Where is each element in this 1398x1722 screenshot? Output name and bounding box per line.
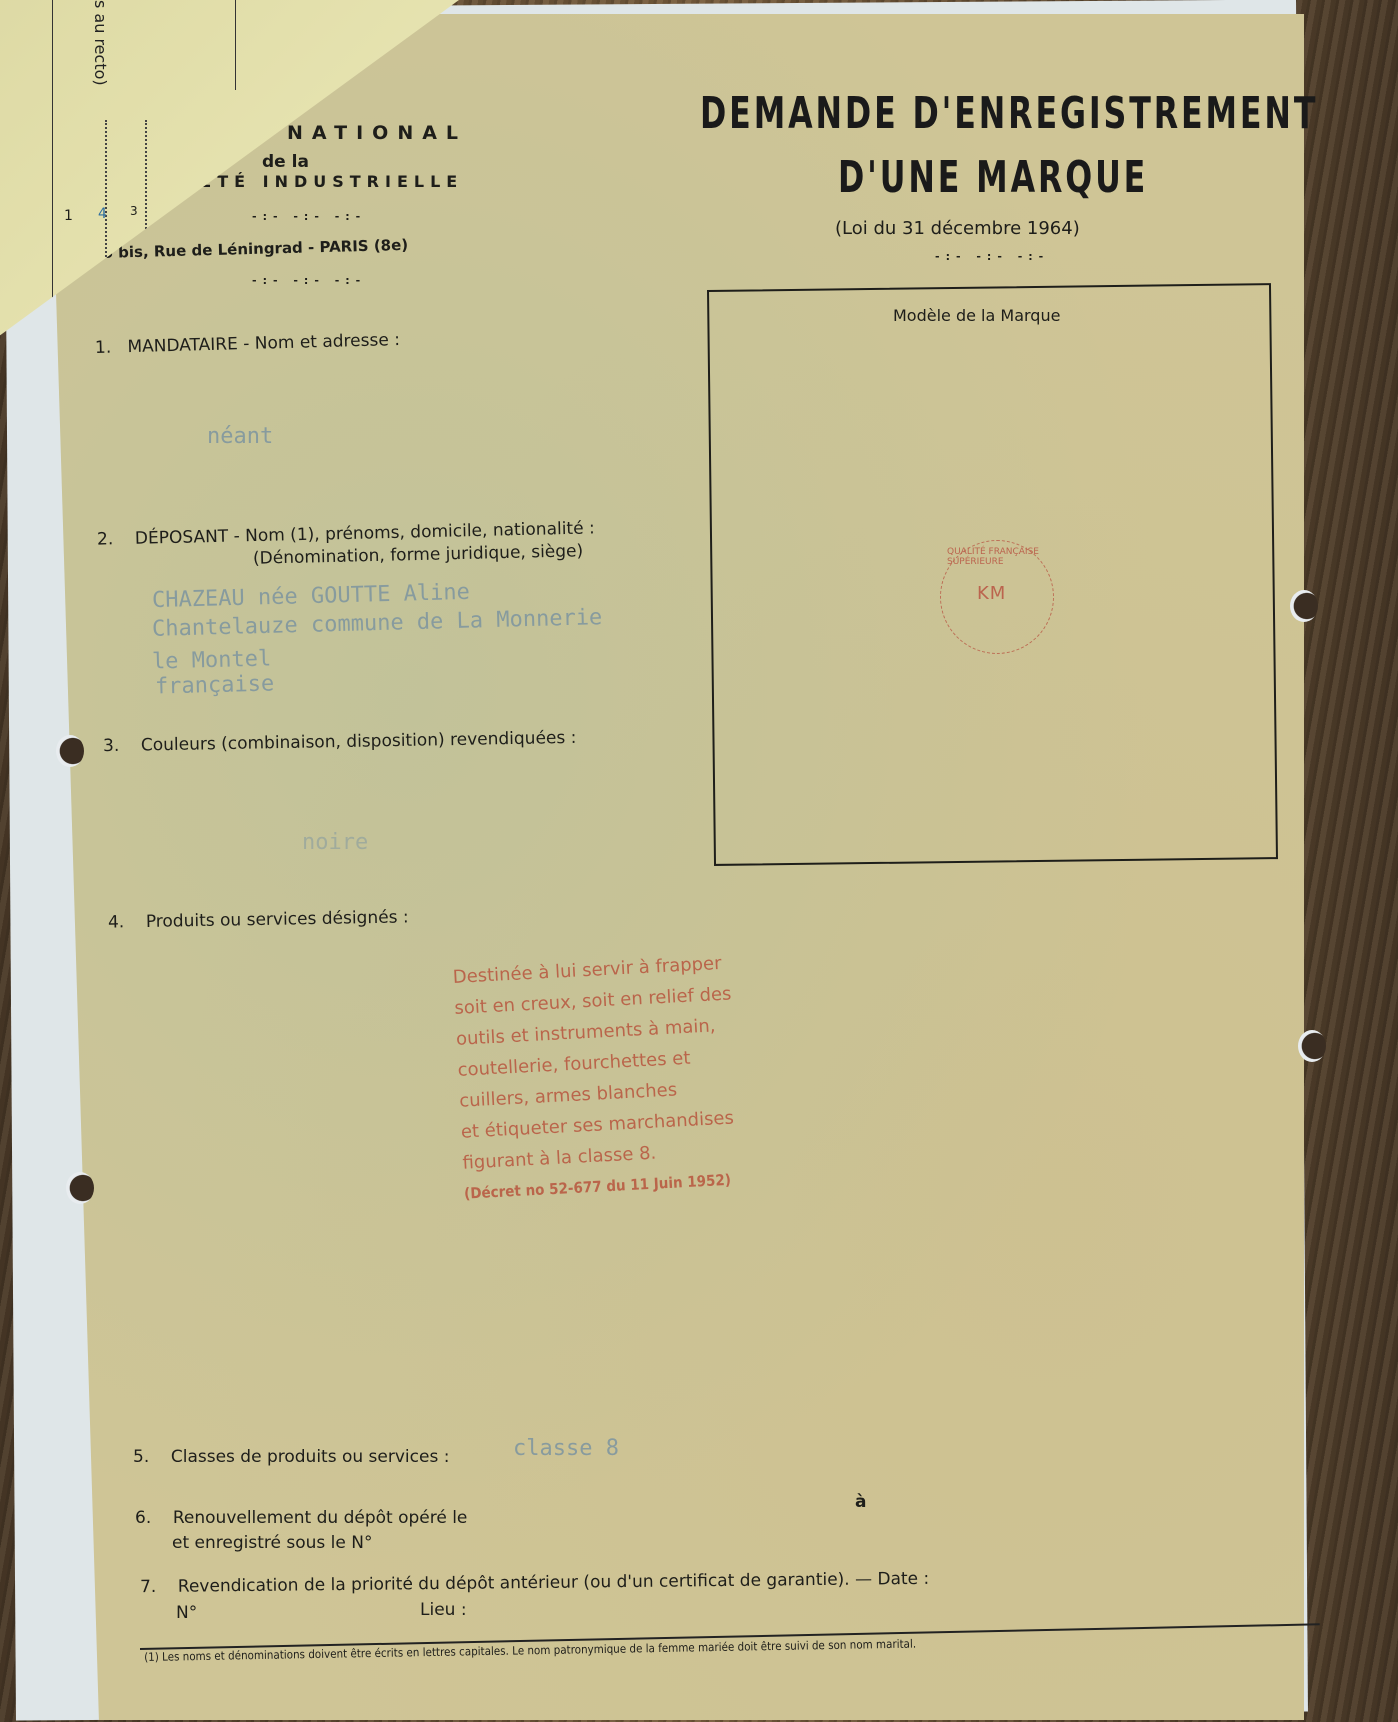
field-3-number: 3. [103,736,120,756]
field-5-value: classe 8 [513,1436,619,1461]
punch-hole [66,1172,94,1204]
field-1-number: 1. [95,338,112,358]
form-title-line2: D'UNE MARQUE [838,152,1148,203]
field-5-number: 5. [133,1447,149,1467]
folded-page-text: s au recto) [91,0,110,86]
punch-hole [1290,590,1318,622]
field-6-label: Renouvellement du dépôt opéré le [173,1508,468,1528]
field-7-number-label: N° [176,1603,197,1623]
folded-page-number: 3 [130,204,138,218]
quality-seal-stamp: QUALITÉ FRANÇAISE SUPÉRIEURE KM [940,540,1054,654]
field-5-label: Classes de produits ou services : [171,1447,450,1467]
field-7-place-label: Lieu : [420,1600,467,1620]
folded-page-number: 4 [98,206,107,222]
folded-rule [52,0,53,320]
law-reference: (Loi du 31 décembre 1964) [835,218,1080,239]
institute-name-line2: de la [262,152,309,172]
field-6-at: à [855,1492,866,1512]
field-6: 6. Renouvellement du dépôt opéré le [135,1508,467,1528]
form-title-line1: DEMANDE D'ENREGISTREMENT [700,88,1318,139]
field-4-number: 4. [108,912,125,932]
separator: -:- -:- -:- [252,274,366,287]
mark-model-label: Modèle de la Marque [893,306,1060,325]
field-6-number: 6. [135,1508,151,1528]
punch-hole [1298,1030,1326,1062]
separator: -:- -:- -:- [252,210,366,223]
folded-page-number: 1 [64,208,73,224]
field-3-value: noire [302,830,368,855]
field-1-value: néant [207,424,273,449]
field-2-value-line4: française [155,671,275,699]
field-2-number: 2. [97,529,114,549]
separator: -:- -:- -:- [935,250,1049,263]
field-5: 5. Classes de produits ou services : [133,1447,449,1467]
field-2-value-line3: le Montel [152,646,272,674]
folded-rule [235,0,236,90]
seal-arc-text: QUALITÉ FRANÇAISE SUPÉRIEURE [947,547,1053,567]
field-7-number: 7. [140,1577,156,1597]
goods-description-stamp: Destinée à lui servir à frapper soit en … [452,946,761,1209]
punch-hole [56,735,84,767]
field-6-label2: et enregistré sous le N° [172,1533,372,1553]
seal-monogram: KM [977,583,1006,604]
